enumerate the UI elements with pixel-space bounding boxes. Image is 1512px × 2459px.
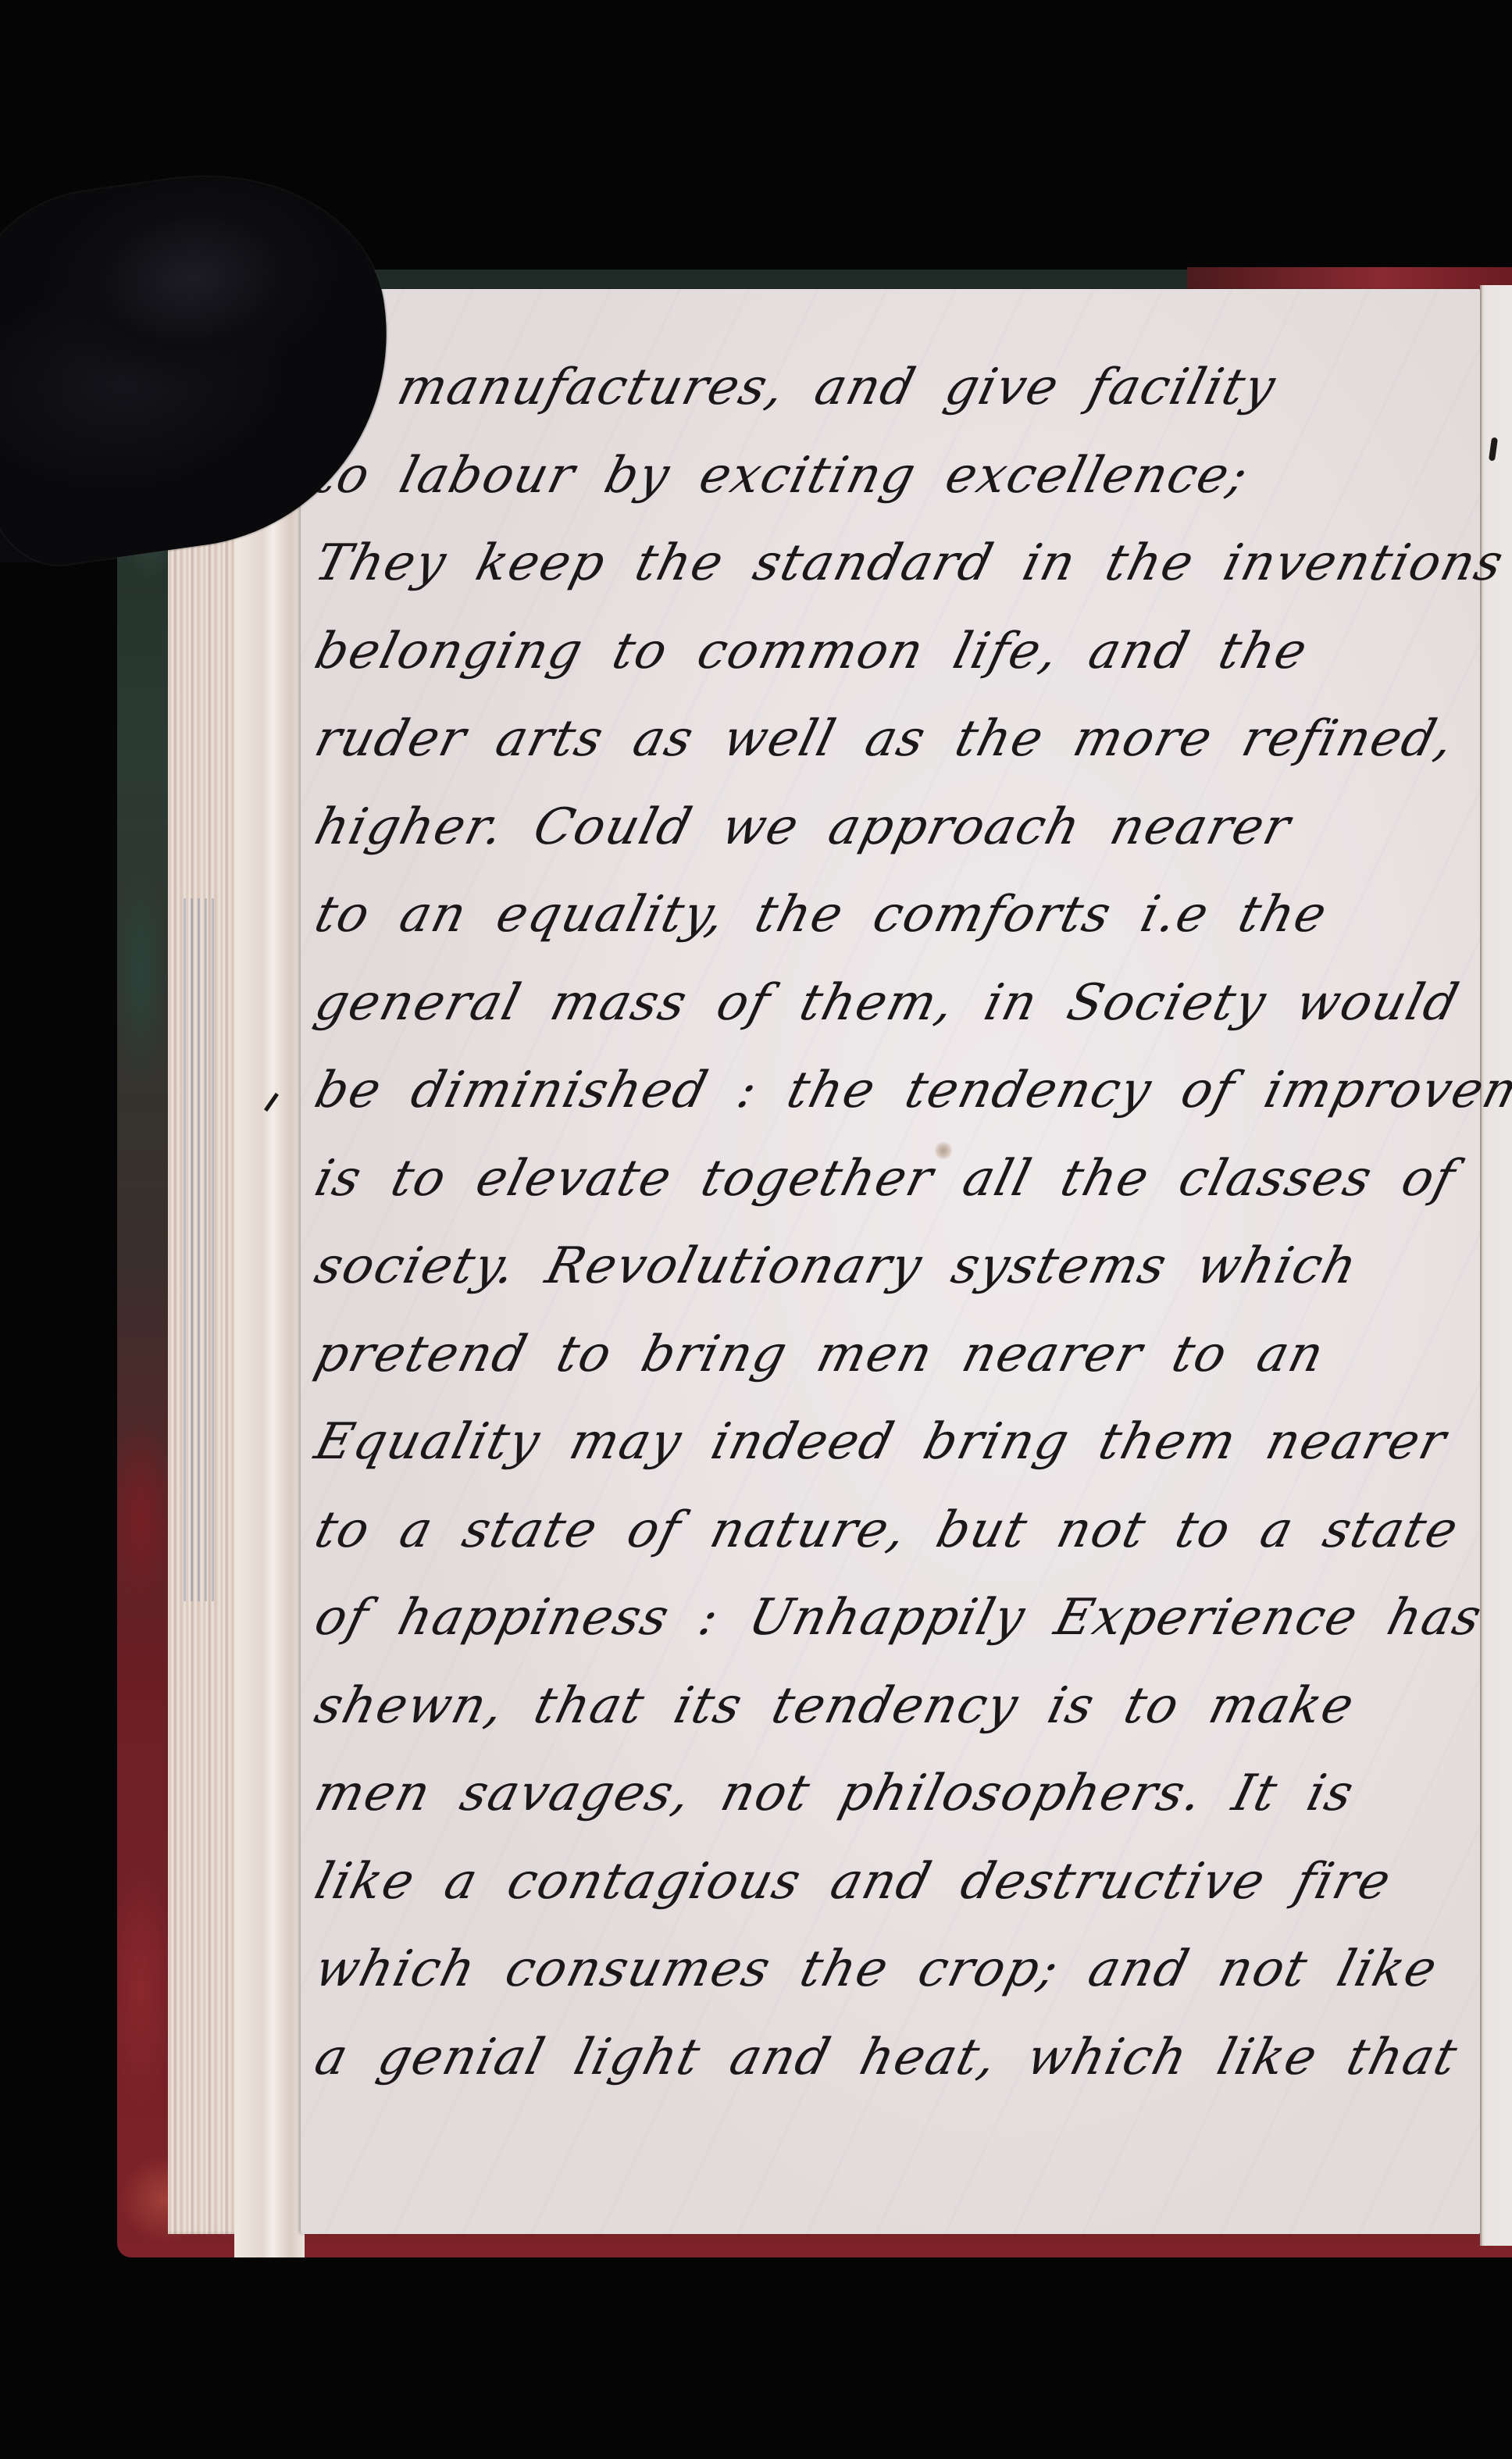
manuscript-line: be diminished : the tendency of improvem…: [305, 1047, 1483, 1135]
manuscript-line: to an equality, the comforts i.e the: [305, 871, 1483, 959]
manuscript-text: in manufactures, and give facility to la…: [316, 344, 1472, 2101]
manuscript-line: which consumes the crop; and not like: [305, 1925, 1483, 2014]
manuscript-line: shewn, that its tendency is to make: [305, 1662, 1483, 1751]
manuscript-line: to a state of nature, but not to a state: [305, 1486, 1483, 1575]
manuscript-line: Equality may indeed bring them nearer: [305, 1398, 1483, 1486]
manuscript-line: men savages, not philosophers. It is: [305, 1750, 1483, 1838]
manuscript-line: a genial light and heat, which like that: [305, 2014, 1483, 2102]
manuscript-line: to labour by exciting excellence;: [305, 432, 1483, 520]
manuscript-line: like a contagious and destructive fire: [305, 1838, 1483, 1926]
manuscript-line: ruder arts as well as the more refined,: [305, 695, 1483, 783]
manuscript-line: higher. Could we approach nearer: [305, 783, 1483, 872]
manuscript-line: society. Revolutionary systems which: [305, 1222, 1483, 1311]
page-edge-marbling: [184, 898, 215, 1601]
manuscript-line: belonging to common life, and the: [305, 608, 1483, 696]
manuscript-line: pretend to bring men nearer to an: [305, 1311, 1483, 1399]
manuscript-line: general mass of them, in Society would: [305, 959, 1483, 1047]
manuscript-line: is to elevate together all the classes o…: [305, 1135, 1483, 1223]
manuscript-line: in manufactures, and give facility: [305, 344, 1483, 432]
manuscript-line: of happiness : Unhappily Experience has: [305, 1574, 1483, 1662]
manuscript-line: They keep the standard in the inventions: [305, 519, 1483, 608]
page-edge-inner: [234, 437, 305, 2257]
